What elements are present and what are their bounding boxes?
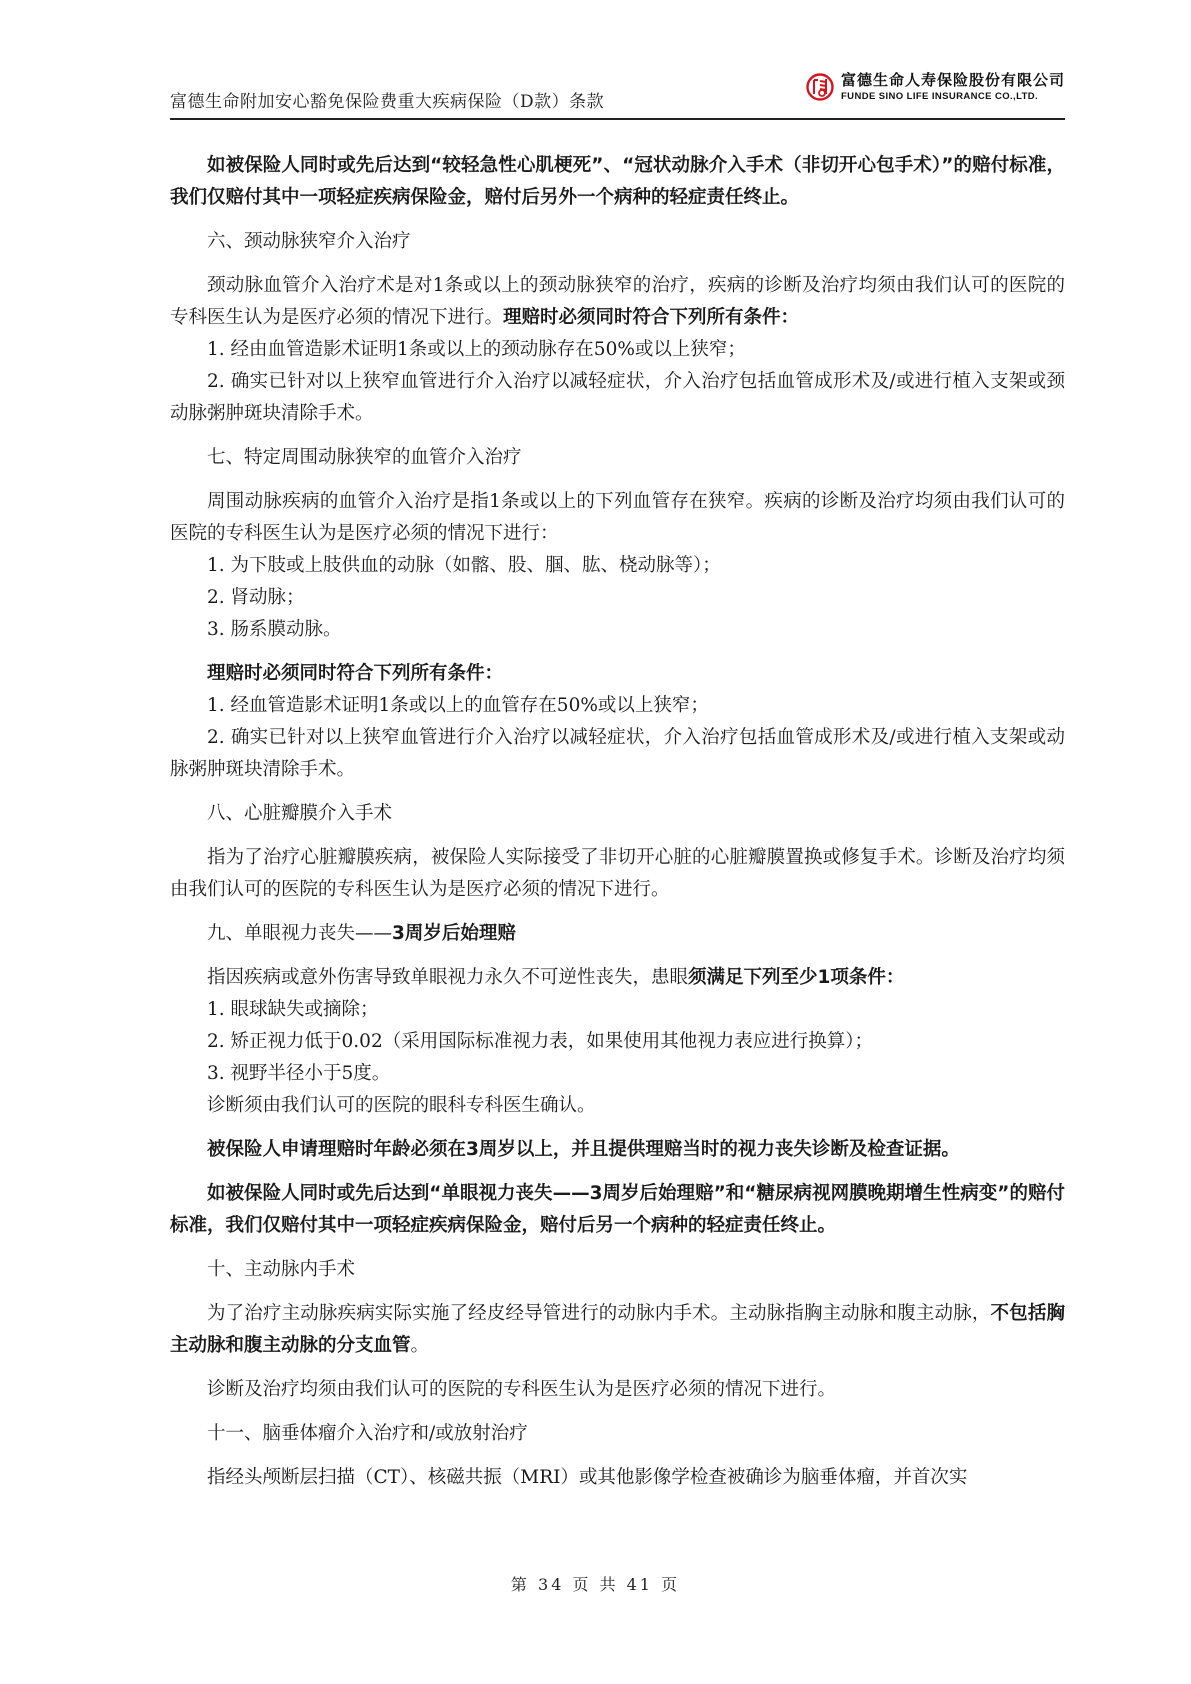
list-item: 2. 确实已针对以上狭窄血管进行介入治疗以减轻症状，介入治疗包括血管成形术及/或… <box>170 366 1065 430</box>
section-7-paragraph: 周围动脉疾病的血管介入治疗是指1条或以上的下列血管存在狭窄。疾病的诊断及治疗均须… <box>170 486 1065 550</box>
list-item: 1. 为下肢或上肢供血的动脉（如髂、股、腘、肱、桡动脉等）； <box>170 550 1065 582</box>
section-9-combination-rule: 如被保险人同时或先后达到“单眼视力丧失——3周岁后始理赔”和“糖尿病视网膜晚期增… <box>170 1178 1065 1242</box>
list-item: 3. 肠系膜动脉。 <box>170 614 1065 646</box>
section-7-conditions-label: 理赔时必须同时符合下列所有条件： <box>170 658 1065 690</box>
list-item: 1. 经血管造影术证明1条或以上的血管存在50%或以上狭窄； <box>170 690 1065 722</box>
page-header: 富德生命附加安心豁免保险费重大疾病保险（D款）条款 富德生命人寿保险股份有限公司… <box>170 70 1065 120</box>
company-brand: 富德生命人寿保险股份有限公司 FUNDE SINO LIFE INSURANCE… <box>805 72 1065 102</box>
section-8-heading: 八、心脏瓣膜介入手术 <box>170 798 1065 830</box>
section-11-heading: 十一、脑垂体瘤介入治疗和/或放射治疗 <box>170 1418 1065 1450</box>
section-10-diagnosis: 诊断及治疗均须由我们认可的医院的专科医生认为是医疗必须的情况下进行。 <box>170 1374 1065 1406</box>
section-6-paragraph: 颈动脉血管介入治疗术是对1条或以上的颈动脉狭窄的治疗，疾病的诊断及治疗均须由我们… <box>170 270 1065 334</box>
document-title: 富德生命附加安心豁免保险费重大疾病保险（D款）条款 <box>170 87 604 112</box>
section-10-heading: 十、主动脉内手术 <box>170 1254 1065 1286</box>
list-item: 1. 经由血管造影术证明1条或以上的颈动脉存在50%或以上狭窄； <box>170 334 1065 366</box>
company-name-en: FUNDE SINO LIFE INSURANCE CO.,LTD. <box>841 92 1065 102</box>
section-8-paragraph: 指为了治疗心脏瓣膜疾病，被保险人实际接受了非切开心脏的心脏瓣膜置换或修复手术。诊… <box>170 842 1065 906</box>
intro-paragraph: 如被保险人同时或先后达到“较轻急性心肌梗死”、“冠状动脉介入手术（非切开心包手术… <box>170 150 1065 214</box>
section-9-age-requirement: 被保险人申请理赔时年龄必须在3周岁以上，并且提供理赔当时的视力丧失诊断及检查证据… <box>170 1134 1065 1166</box>
section-9-diagnosis: 诊断须由我们认可的医院的眼科专科医生确认。 <box>170 1090 1065 1122</box>
list-item: 1. 眼球缺失或摘除； <box>170 994 1065 1026</box>
funde-logo-icon <box>805 72 835 102</box>
section-6-conditions-label: 理赔时必须同时符合下列所有条件： <box>503 307 799 328</box>
list-item: 2. 确实已针对以上狭窄血管进行介入治疗以减轻症状，介入治疗包括血管成形术及/或… <box>170 722 1065 786</box>
section-9-heading: 九、单眼视力丧失——3周岁后始理赔 <box>170 918 1065 950</box>
list-item: 3. 视野半径小于5度。 <box>170 1058 1065 1090</box>
document-body: 如被保险人同时或先后达到“较轻急性心肌梗死”、“冠状动脉介入手术（非切开心包手术… <box>170 150 1065 1494</box>
list-item: 2. 矫正视力低于0.02（采用国际标准视力表，如果使用其他视力表应进行换算）； <box>170 1026 1065 1058</box>
list-item: 2. 肾动脉； <box>170 582 1065 614</box>
page-number: 第 34 页 共 41 页 <box>0 1572 1191 1595</box>
section-7-heading: 七、特定周围动脉狭窄的血管介入治疗 <box>170 442 1065 474</box>
company-name-cn: 富德生命人寿保险股份有限公司 <box>841 73 1065 88</box>
section-6-heading: 六、颈动脉狭窄介入治疗 <box>170 226 1065 258</box>
section-9-paragraph: 指因疾病或意外伤害导致单眼视力永久不可逆性丧失，患眼须满足下列至少1项条件： <box>170 962 1065 994</box>
section-10-paragraph: 为了治疗主动脉疾病实际实施了经皮经导管进行的动脉内手术。主动脉指胸主动脉和腹主动… <box>170 1298 1065 1362</box>
section-11-paragraph: 指经头颅断层扫描（CT）、核磁共振（MRI）或其他影像学检查被确诊为脑垂体瘤，并… <box>170 1462 1065 1494</box>
